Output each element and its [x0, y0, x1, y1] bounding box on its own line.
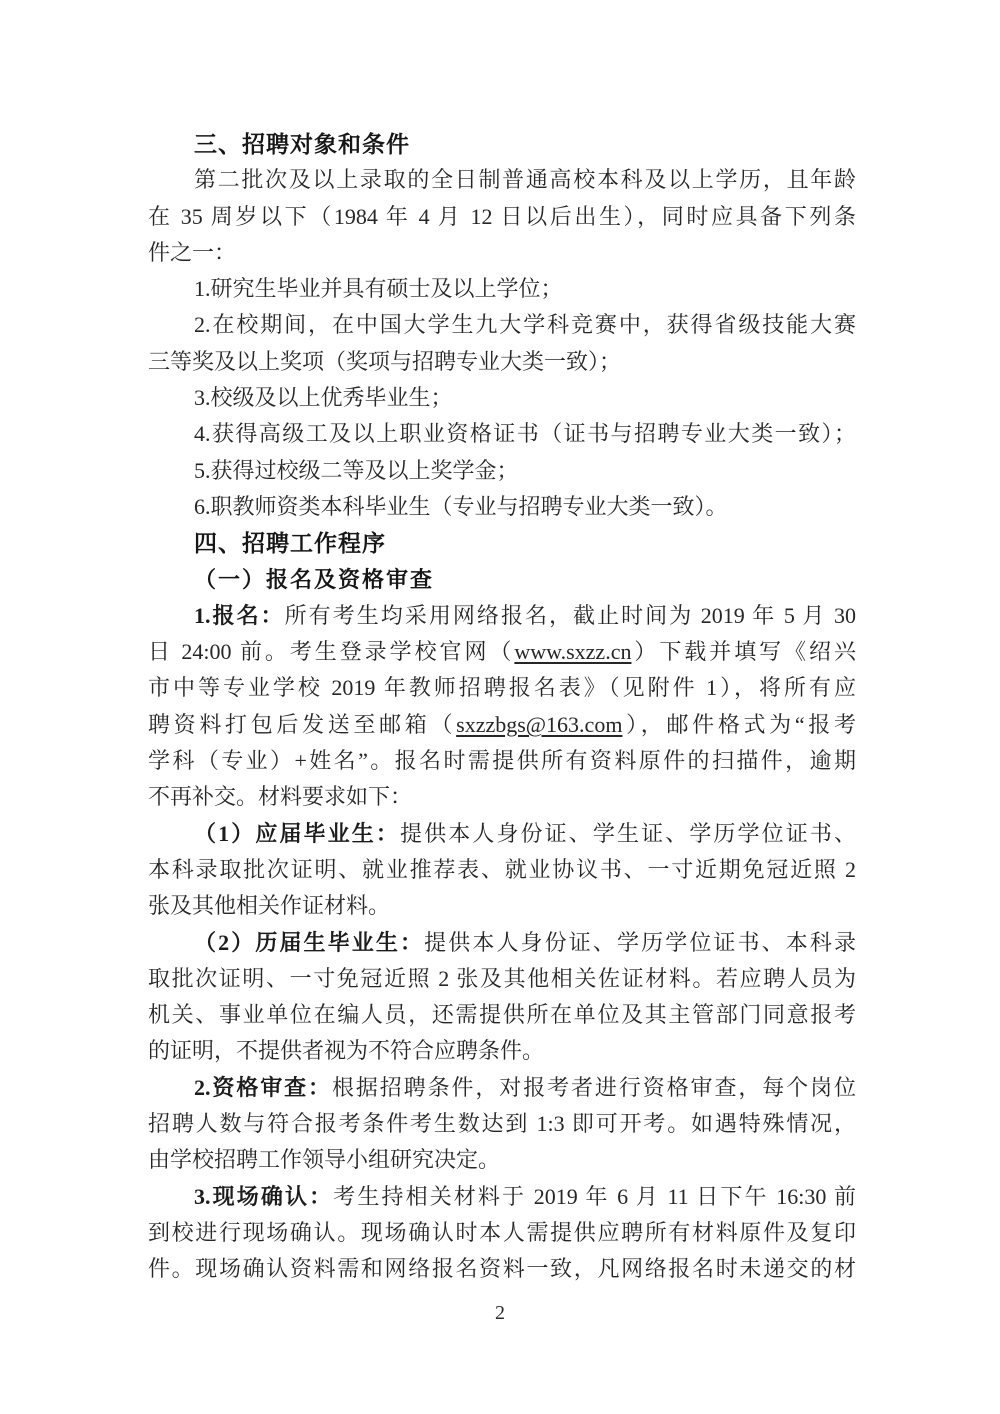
email-link[interactable]: sxzzbgs@163.com	[456, 712, 622, 737]
text-run: 三等奖及以上奖项（奖项与招聘专业大类一致）；	[148, 349, 621, 374]
text-run: 件之一：	[148, 240, 236, 265]
para-past-graduates-line: 机关、事业单位在编人员，还需提供所在单位及其主管部门同意报考	[148, 997, 856, 1033]
text-run: 由学校招聘工作领导小组研究决定。	[148, 1147, 500, 1172]
text-run: 取批次证明、一寸免冠近照 2 张及其他相关佐证材料。若应聘人员为	[148, 966, 856, 991]
text-run: 1.研究生毕业并具有硕士及以上学位；	[194, 276, 563, 301]
para-onsite-confirmation-line: 到校进行现场确认。现场确认时本人需提供应聘所有材料原件及复印	[148, 1215, 856, 1251]
para-registration-line: 不再补交。材料要求如下：	[148, 779, 856, 815]
document-body: 三、招聘对象和条件 第二批次及以上录取的全日制普通高校本科及以上学历，且年龄 在…	[148, 126, 856, 1288]
condition-item-4: 4.获得高级工及以上职业资格证书（证书与招聘专业大类一致）；	[148, 416, 856, 452]
text-run: 提供本人身份证、学历学位证书、本科录	[424, 930, 856, 955]
text-run: 5.获得过校级二等及以上奖学金；	[194, 458, 519, 483]
text-run: ）下载并填写《绍兴	[631, 639, 856, 664]
text-run: 四、招聘工作程序	[194, 530, 386, 556]
school-website-link[interactable]: www.sxzz.cn	[514, 639, 631, 664]
text-run: 三、招聘对象和条件	[194, 131, 410, 157]
condition-item-1: 1.研究生毕业并具有硕士及以上学位；	[148, 271, 856, 307]
para-conditions-line: 件之一：	[148, 235, 856, 271]
text-run: ），邮件格式为“报考	[622, 712, 856, 737]
para-onsite-confirmation-line: 件。现场确认资料需和网络报名资料一致，凡网络报名时未递交的材	[148, 1251, 856, 1287]
text-run: （一）报名及资格审查	[194, 567, 434, 592]
text-run: 不再补交。材料要求如下：	[148, 784, 412, 809]
para-conditions-line: 在 35 周岁以下（1984 年 4 月 12 日以后出生），同时应具备下列条	[148, 199, 856, 235]
para-registration-line: 日 24:00 前。考生登录学校官网（www.sxzz.cn）下载并填写《绍兴	[148, 634, 856, 670]
text-run: 1.报名：	[194, 603, 285, 628]
para-qualification-review-line: 2.资格审查：根据招聘条件，对报考者进行资格审查，每个岗位	[148, 1070, 856, 1106]
text-run: 张及其他相关作证材料。	[148, 893, 390, 918]
para-registration-line: 学科（专业）+姓名”。报名时需提供所有资料原件的扫描件，逾期	[148, 743, 856, 779]
text-run: 2.资格审查：	[194, 1075, 332, 1100]
condition-item-2: 2.在校期间，在中国大学生九大学科竞赛中，获得省级技能大赛	[148, 307, 856, 343]
para-qualification-review-line: 招聘人数与符合报考条件考生数达到 1:3 即可开考。如遇特殊情况，	[148, 1106, 856, 1142]
text-run: 件。现场确认资料需和网络报名资料一致，凡网络报名时未递交的材	[148, 1256, 856, 1281]
text-run: 在 35 周岁以下（1984 年 4 月 12 日以后出生），同时应具备下列条	[148, 204, 856, 229]
text-run: 学科（专业）+姓名”。报名时需提供所有资料原件的扫描件，逾期	[148, 748, 856, 773]
text-run: 2.在校期间，在中国大学生九大学科竞赛中，获得省级技能大赛	[194, 312, 856, 337]
para-onsite-confirmation-line: 3.现场确认：考生持相关材料于 2019 年 6 月 11 日下午 16:30 …	[148, 1179, 856, 1215]
page-number: 2	[0, 1302, 1000, 1325]
para-fresh-graduates-line: （1）应届毕业生：提供本人身份证、学生证、学历学位证书、	[148, 816, 856, 852]
text-run: 的证明，不提供者视为不符合应聘条件。	[148, 1038, 544, 1063]
para-conditions-line: 第二批次及以上录取的全日制普通高校本科及以上学历，且年龄	[148, 162, 856, 198]
text-run: 3.现场确认：	[194, 1184, 333, 1209]
text-run: 6.职教师资类本科毕业生（专业与招聘专业大类一致）。	[194, 494, 728, 519]
text-run: 市中等专业学校 2019 年教师招聘报名表》（见附件 1），将所有应	[148, 675, 856, 700]
heading-subsection-1: （一）报名及资格审查	[148, 562, 856, 598]
document-page: 三、招聘对象和条件 第二批次及以上录取的全日制普通高校本科及以上学历，且年龄 在…	[0, 0, 1000, 1414]
heading-section-3: 三、招聘对象和条件	[148, 126, 856, 162]
text-run: 4.获得高级工及以上职业资格证书（证书与招聘专业大类一致）；	[194, 421, 856, 446]
text-run: （2）历届生毕业生：	[194, 930, 424, 955]
para-registration-line: 1.报名：所有考生均采用网络报名，截止时间为 2019 年 5 月 30	[148, 598, 856, 634]
text-run: 本科录取批次证明、就业推荐表、就业协议书、一寸近期免冠近照 2	[148, 857, 856, 882]
para-past-graduates-line: 的证明，不提供者视为不符合应聘条件。	[148, 1033, 856, 1069]
condition-item-2-cont: 三等奖及以上奖项（奖项与招聘专业大类一致）；	[148, 344, 856, 380]
text-run: 3.校级及以上优秀毕业生；	[194, 385, 453, 410]
text-run: （1）应届毕业生：	[194, 821, 400, 846]
para-fresh-graduates-line: 张及其他相关作证材料。	[148, 888, 856, 924]
para-qualification-review-line: 由学校招聘工作领导小组研究决定。	[148, 1142, 856, 1178]
text-run: 日 24:00 前。考生登录学校官网（	[148, 639, 514, 664]
para-registration-line: 市中等专业学校 2019 年教师招聘报名表》（见附件 1），将所有应	[148, 670, 856, 706]
text-run: 机关、事业单位在编人员，还需提供所在单位及其主管部门同意报考	[148, 1002, 856, 1027]
text-run: 考生持相关材料于 2019 年 6 月 11 日下午 16:30 前	[333, 1184, 856, 1209]
text-run: 到校进行现场确认。现场确认时本人需提供应聘所有材料原件及复印	[148, 1220, 856, 1245]
para-past-graduates-line: 取批次证明、一寸免冠近照 2 张及其他相关佐证材料。若应聘人员为	[148, 961, 856, 997]
text-run: 根据招聘条件，对报考者进行资格审查，每个岗位	[332, 1075, 856, 1100]
para-registration-line: 聘资料打包后发送至邮箱（sxzzbgs@163.com），邮件格式为“报考	[148, 707, 856, 743]
condition-item-5: 5.获得过校级二等及以上奖学金；	[148, 453, 856, 489]
para-fresh-graduates-line: 本科录取批次证明、就业推荐表、就业协议书、一寸近期免冠近照 2	[148, 852, 856, 888]
condition-item-3: 3.校级及以上优秀毕业生；	[148, 380, 856, 416]
text-run: 提供本人身份证、学生证、学历学位证书、	[400, 821, 856, 846]
text-run: 第二批次及以上录取的全日制普通高校本科及以上学历，且年龄	[194, 167, 856, 192]
heading-section-4: 四、招聘工作程序	[148, 525, 856, 561]
para-past-graduates-line: （2）历届生毕业生：提供本人身份证、学历学位证书、本科录	[148, 925, 856, 961]
text-run: 所有考生均采用网络报名，截止时间为 2019 年 5 月 30	[285, 603, 856, 628]
text-run: 聘资料打包后发送至邮箱（	[148, 712, 456, 737]
condition-item-6: 6.职教师资类本科毕业生（专业与招聘专业大类一致）。	[148, 489, 856, 525]
text-run: 招聘人数与符合报考条件考生数达到 1:3 即可开考。如遇特殊情况，	[148, 1111, 856, 1136]
